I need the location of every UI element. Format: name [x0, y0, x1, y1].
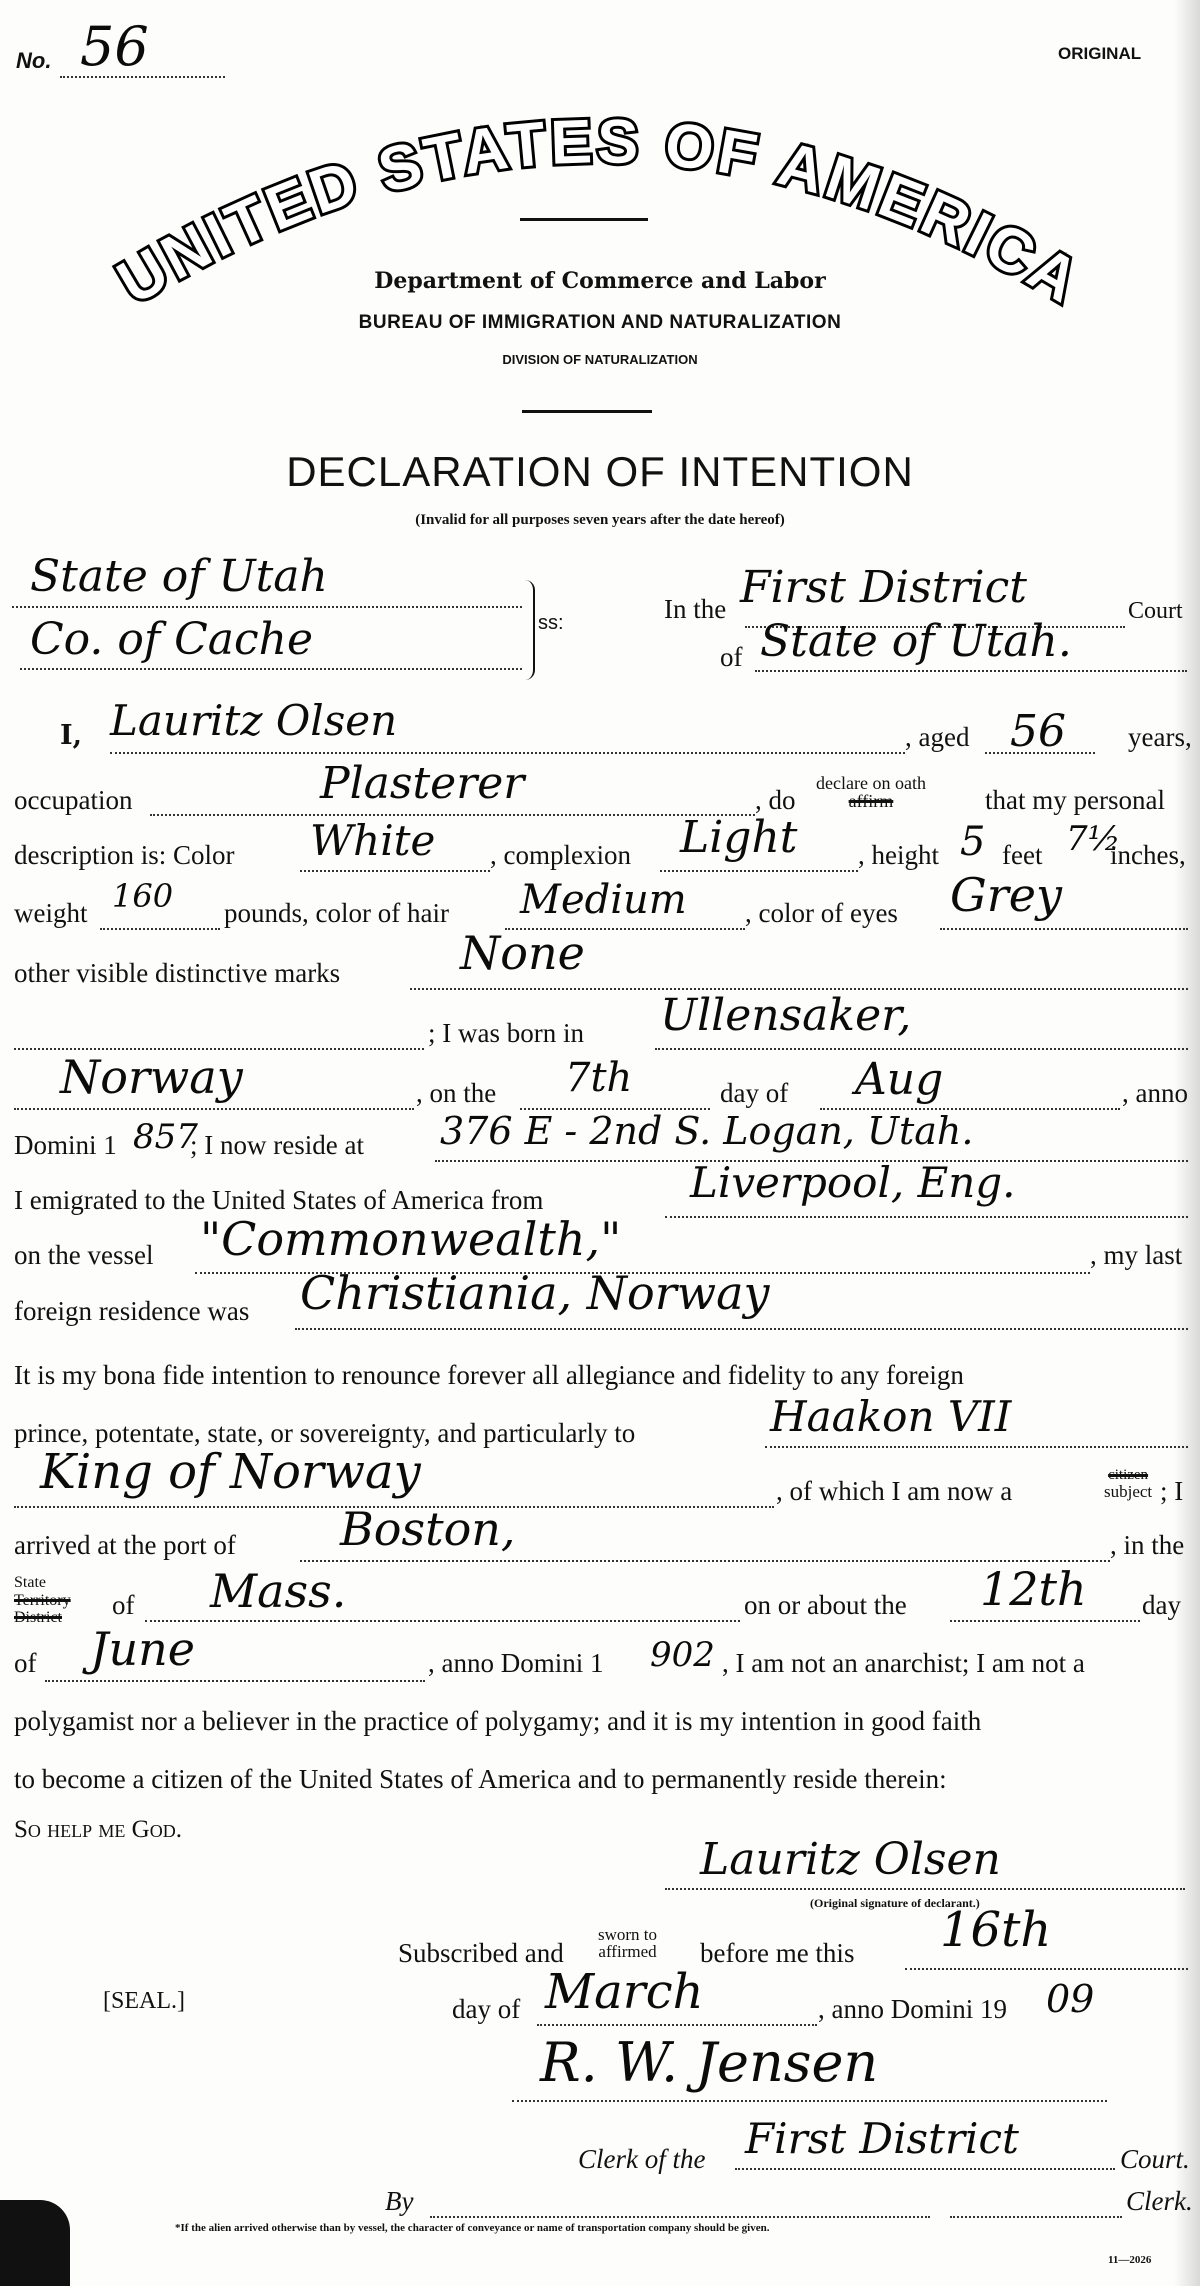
years-label: years,	[1128, 722, 1186, 753]
sworn-day-line	[905, 1968, 1188, 1970]
clerk-court: First District	[745, 2118, 1019, 2160]
about-label: on or about the	[744, 1590, 1186, 1621]
sovereign-name: Haakon VII	[770, 1396, 1011, 1438]
seal-label: [SEAL.]	[103, 1988, 185, 2015]
anno-label: , anno	[1122, 1078, 1186, 1109]
so-help-me-god: So help me God.	[14, 1816, 1186, 1844]
sworn-month: March	[545, 1968, 704, 2016]
court-label-2: Court.	[1120, 2144, 1186, 2175]
territory-struck: Territory	[14, 1592, 71, 1610]
court-of-line	[755, 670, 1187, 672]
document-title: DECLARATION OF INTENTION	[0, 448, 1200, 496]
emigrated-line	[665, 1216, 1188, 1218]
validity-note: (Invalid for all purposes seven years af…	[0, 512, 1200, 529]
citizen-text: to become a citizen of the United States…	[14, 1764, 1186, 1795]
arrival-month: June	[90, 1626, 195, 1672]
renounce-text: It is my bona fide intention to renounce…	[14, 1360, 1186, 1391]
by-clerk-line	[950, 2216, 1122, 2218]
bureau-name: BUREAU OF IMMIGRATION AND NATURALIZATION	[0, 312, 1200, 334]
residence-value: 376 E - 2nd S. Logan, Utah.	[440, 1112, 973, 1150]
declare-on-oath: declare on oath	[816, 774, 926, 792]
subject-label: subject	[1104, 1483, 1152, 1500]
number-label: No.	[16, 48, 51, 74]
semicolon-i: ; I	[1160, 1476, 1186, 1507]
day-label: day	[1142, 1590, 1186, 1621]
venue-state-line	[12, 606, 522, 608]
birth-country-line	[14, 1108, 414, 1110]
footnote: *If the alien arrived otherwise than by …	[175, 2222, 769, 2234]
state-territory-choice: State Territory District	[14, 1574, 71, 1627]
arrived-label: arrived at the port of	[14, 1530, 1186, 1561]
venue-county-line	[20, 668, 522, 670]
emigrated-from: Liverpool, Eng.	[690, 1162, 1016, 1204]
arrival-state-line	[145, 1620, 740, 1622]
occupation-value: Plasterer	[320, 762, 524, 806]
last-label: , my last	[1090, 1240, 1186, 1271]
anno-label-2: , anno Domini 19	[818, 1994, 1186, 2025]
citizen-subject-choice: citizen subject	[1104, 1468, 1152, 1500]
in-the-label-2: , in the	[1110, 1530, 1186, 1561]
ss-label: ss:	[538, 612, 564, 635]
declare-affirm-choice: declare on oath affirm	[816, 774, 926, 810]
declarant-signature: Lauritz Olsen	[700, 1838, 1001, 1882]
anarchist-text: , I am not an anarchist; I am not a	[722, 1648, 1186, 1679]
sworn-to-label: sworn to	[598, 1926, 657, 1943]
hair-value: Medium	[520, 880, 687, 920]
sworn-affirmed-choice: sworn to affirmed	[598, 1926, 657, 1960]
by-line	[430, 2216, 930, 2218]
sworn-month-line	[537, 2024, 817, 2026]
venue-county: Co. of Cache	[30, 618, 313, 662]
department-name: Department of Commerce and Labor	[0, 268, 1200, 294]
state-label: State	[14, 1574, 71, 1592]
birth-country: Norway	[60, 1054, 243, 1100]
affirm-struck: affirm	[816, 792, 926, 810]
arrival-day-line	[950, 1620, 1140, 1622]
name-line	[110, 752, 905, 754]
clerk-signature-line	[512, 2100, 1107, 2102]
form-number: 11—2026	[1108, 2254, 1151, 2266]
clerk-label: Clerk.	[1126, 2186, 1186, 2217]
sworn-year: 09	[1046, 1980, 1094, 2018]
birthplace-line	[655, 1048, 1188, 1050]
arrival-year: 902	[650, 1638, 715, 1672]
court-label: Court	[1128, 598, 1186, 625]
occupation-line	[150, 814, 755, 816]
declarant-signature-line	[665, 1888, 1185, 1890]
clerk-signature: R. W. Jensen	[540, 2036, 878, 2090]
marks-value: None	[460, 930, 585, 976]
birth-month: Aug	[855, 1058, 943, 1102]
eyes-line	[940, 928, 1188, 930]
by-label: By	[385, 2186, 1186, 2217]
height-feet: 5	[960, 822, 985, 862]
district-struck: District	[14, 1609, 71, 1627]
sovereign-title: King of Norway	[40, 1448, 421, 1496]
color-line	[300, 870, 490, 872]
court-of-value: State of Utah.	[760, 620, 1072, 664]
complexion-line	[660, 870, 858, 872]
document-number: 56	[80, 20, 149, 74]
day-of-label: day of	[720, 1078, 1186, 1109]
complexion-value: Light	[680, 816, 797, 860]
birthplace-value: Ullensaker,	[660, 994, 911, 1038]
color-value: White	[310, 820, 435, 862]
arrival-month-line	[45, 1680, 425, 1682]
polygamist-text: polygamist nor a believer in the practic…	[14, 1706, 1186, 1737]
port-value: Boston,	[340, 1506, 516, 1552]
scan-corner-artifact	[0, 2200, 70, 2286]
weight-line	[100, 928, 220, 930]
sworn-day: 16th	[940, 1906, 1051, 1954]
declarant-name: Lauritz Olsen	[110, 700, 397, 742]
court-name: First District	[740, 566, 1027, 610]
affirmed-label: affirmed	[598, 1943, 657, 1960]
original-label: ORIGINAL	[1058, 44, 1141, 64]
brace	[525, 580, 535, 680]
arrival-day: 12th	[980, 1566, 1087, 1612]
sovereign-line	[765, 1446, 1188, 1448]
vessel-value: "Commonwealth,"	[200, 1216, 621, 1262]
that-label: that my personal	[985, 785, 1186, 816]
inches-label: inches,	[1110, 840, 1186, 871]
eyes-value: Grey	[950, 872, 1062, 918]
divider	[522, 410, 652, 413]
age-line	[985, 752, 1095, 754]
arrival-state: Mass.	[210, 1568, 346, 1614]
venue-state: State of Utah	[30, 555, 328, 599]
age-value: 56	[1010, 710, 1066, 754]
weight-value: 160	[112, 880, 173, 912]
birth-year: 857	[133, 1120, 198, 1154]
birth-day: 7th	[565, 1058, 632, 1098]
foreign-line	[295, 1328, 1188, 1330]
divider	[520, 218, 648, 221]
foreign-residence: Christiania, Norway	[300, 1270, 769, 1316]
division-name: DIVISION OF NATURALIZATION	[0, 352, 1200, 367]
citizen-struck: citizen	[1104, 1468, 1152, 1483]
marks-label: other visible distinctive marks	[14, 958, 1186, 989]
clerk-court-line	[735, 2168, 1115, 2170]
